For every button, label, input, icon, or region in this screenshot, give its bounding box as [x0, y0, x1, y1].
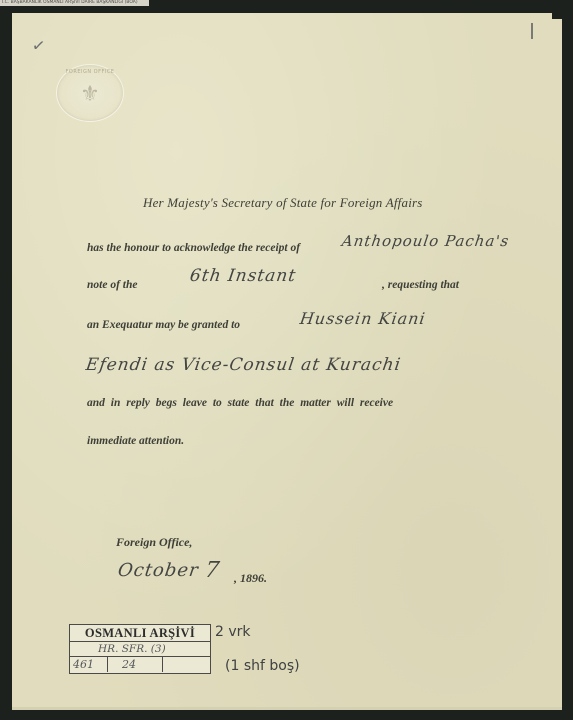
date-year: , 1896.: [234, 571, 267, 586]
stamp-extra-cell: [163, 657, 207, 672]
line2-printed-b: , requesting that: [382, 279, 459, 291]
line2-handwritten-date: 6th Instant: [189, 266, 298, 286]
pencil-mark: [531, 23, 533, 39]
page-count-note: 2 vrk: [215, 624, 251, 640]
line5-printed: and in reply begs leave to state that th…: [87, 397, 393, 409]
seal-text: FOREIGN OFFICE: [57, 69, 123, 75]
crest-icon: ⚜: [79, 79, 101, 109]
letter-title: Her Majesty's Secretary of State for For…: [143, 195, 423, 211]
line1-handwritten-name: Anthopoulo Pacha's: [341, 232, 511, 250]
signoff-foreign-office: Foreign Office,: [116, 535, 192, 550]
document-page: ✓ FOREIGN OFFICE ⚜ Her Majesty's Secreta…: [12, 13, 562, 710]
stamp-gomlek-number: 24: [108, 657, 163, 672]
line3-handwritten-name: Hussein Kiani: [299, 309, 427, 328]
date-handwritten-day: 7: [203, 558, 222, 583]
page-bottom-edge: [12, 707, 562, 710]
date-handwritten-month: October: [117, 560, 201, 581]
stamp-dossier-number: 461: [70, 657, 108, 672]
archive-header-bar: T.C. BAŞBAKANLIK OSMANLI ARŞİVİ DAİRE BA…: [0, 0, 149, 6]
line6-printed: immediate attention.: [87, 435, 184, 447]
line4-handwritten: Efendi as Vice-Consul at Kurachi: [85, 355, 403, 375]
line1-printed: has the honour to acknowledge the receip…: [87, 242, 300, 254]
line3-printed: an Exequatur may be granted to: [87, 319, 240, 331]
stamp-fond-code: HR. SFR. (3): [70, 642, 210, 657]
foreign-office-seal: FOREIGN OFFICE ⚜: [56, 64, 124, 122]
page-corner-notch: [552, 13, 562, 19]
line2-printed-a: note of the: [87, 279, 137, 291]
osmanli-arsivi-stamp: OSMANLI ARŞİVİ HR. SFR. (3) 461 24: [69, 624, 211, 674]
stamp-reference-row: 461 24: [70, 657, 210, 672]
stamp-title: OSMANLI ARŞİVİ: [70, 625, 210, 642]
blank-page-note: (1 shf boş): [225, 658, 300, 674]
checkmark-icon: ✓: [31, 35, 47, 56]
